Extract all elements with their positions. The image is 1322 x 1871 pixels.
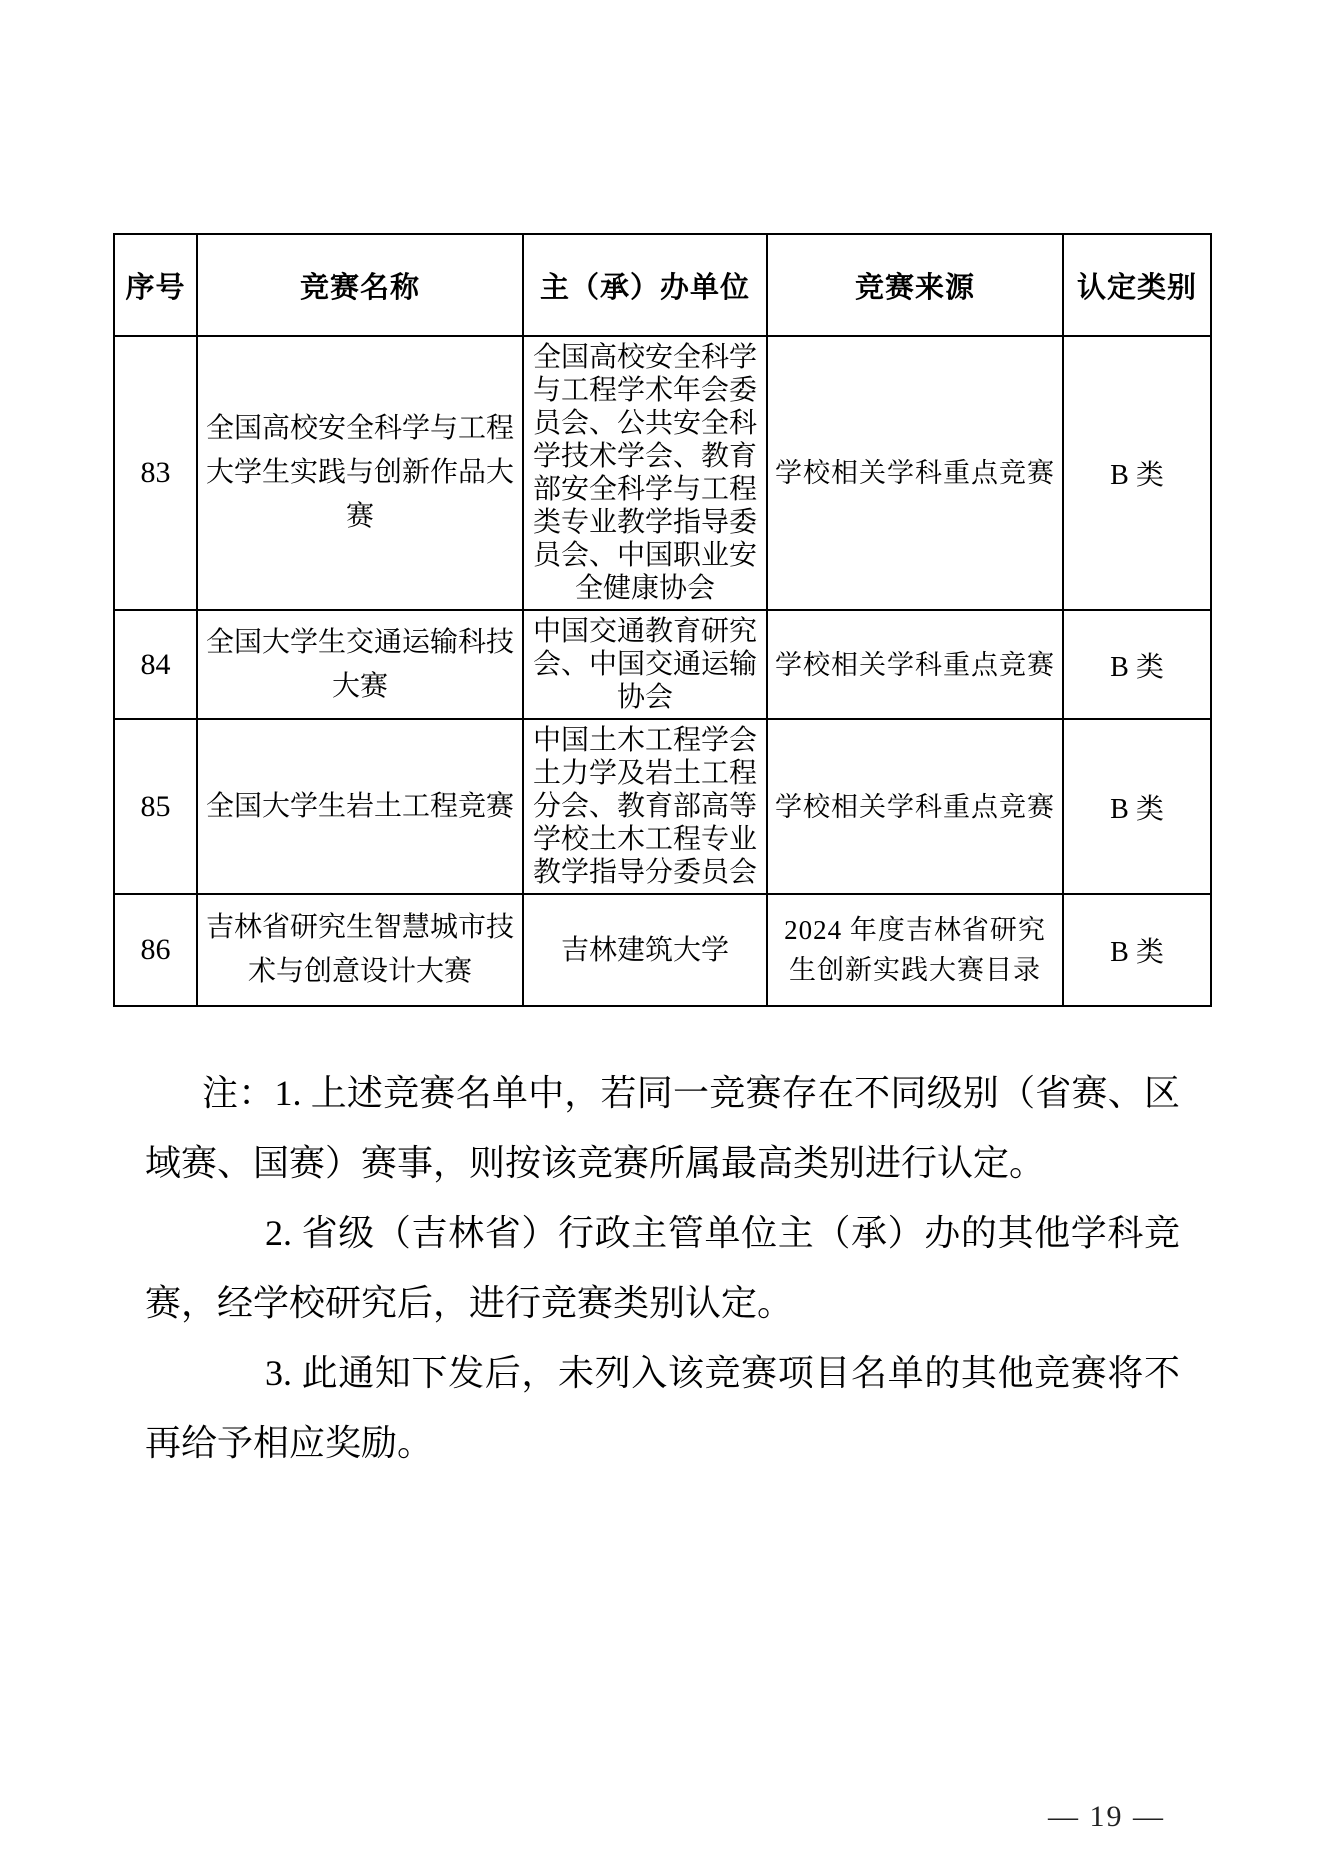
note-1: 注：1. 上述竞赛名单中，若同一竞赛存在不同级别（省赛、区域赛、国赛）赛事，则按…: [145, 1058, 1180, 1198]
table-row: 84 全国大学生交通运输科技大赛 中国交通教育研究会、中国交通运输协会 学校相关…: [114, 610, 1211, 719]
cell-source: 学校相关学科重点竞赛: [767, 719, 1063, 894]
notes-section: 注：1. 上述竞赛名单中，若同一竞赛存在不同级别（省赛、区域赛、国赛）赛事，则按…: [145, 1058, 1180, 1478]
header-organizer: 主（承）办单位: [523, 234, 767, 336]
cell-no: 86: [114, 894, 197, 1006]
cell-name: 全国大学生交通运输科技大赛: [197, 610, 523, 719]
cell-category: B 类: [1063, 336, 1211, 610]
cell-source: 学校相关学科重点竞赛: [767, 336, 1063, 610]
note-3: 3. 此通知下发后，未列入该竞赛项目名单的其他竞赛将不再给予相应奖励。: [145, 1338, 1180, 1478]
cell-organizer: 全国高校安全科学与工程学术年会委员会、公共安全科学技术学会、教育部安全科学与工程…: [523, 336, 767, 610]
table-row: 86 吉林省研究生智慧城市技术与创意设计大赛 吉林建筑大学 2024 年度吉林省…: [114, 894, 1211, 1006]
cell-name: 全国大学生岩土工程竞赛: [197, 719, 523, 894]
cell-name: 吉林省研究生智慧城市技术与创意设计大赛: [197, 894, 523, 1006]
cell-source: 2024 年度吉林省研究生创新实践大赛目录: [767, 894, 1063, 1006]
cell-category: B 类: [1063, 610, 1211, 719]
cell-no: 84: [114, 610, 197, 719]
cell-organizer: 中国土木工程学会土力学及岩土工程分会、教育部高等学校土木工程专业教学指导分委员会: [523, 719, 767, 894]
cell-name: 全国高校安全科学与工程大学生实践与创新作品大赛: [197, 336, 523, 610]
header-category: 认定类别: [1063, 234, 1211, 336]
cell-organizer: 吉林建筑大学: [523, 894, 767, 1006]
cell-organizer: 中国交通教育研究会、中国交通运输协会: [523, 610, 767, 719]
cell-no: 85: [114, 719, 197, 894]
cell-no: 83: [114, 336, 197, 610]
note-2: 2. 省级（吉林省）行政主管单位主（承）办的其他学科竞赛，经学校研究后，进行竞赛…: [145, 1198, 1180, 1338]
header-no: 序号: [114, 234, 197, 336]
document-page: 序号 竞赛名称 主（承）办单位 竞赛来源 认定类别 83 全国高校安全科学与工程…: [0, 0, 1322, 1871]
table-header-row: 序号 竞赛名称 主（承）办单位 竞赛来源 认定类别: [114, 234, 1211, 336]
header-name: 竞赛名称: [197, 234, 523, 336]
table-row: 83 全国高校安全科学与工程大学生实践与创新作品大赛 全国高校安全科学与工程学术…: [114, 336, 1211, 610]
cell-source: 学校相关学科重点竞赛: [767, 610, 1063, 719]
competition-table: 序号 竞赛名称 主（承）办单位 竞赛来源 认定类别 83 全国高校安全科学与工程…: [113, 233, 1212, 1007]
cell-category: B 类: [1063, 719, 1211, 894]
header-source: 竞赛来源: [767, 234, 1063, 336]
table-row: 85 全国大学生岩土工程竞赛 中国土木工程学会土力学及岩土工程分会、教育部高等学…: [114, 719, 1211, 894]
cell-category: B 类: [1063, 894, 1211, 1006]
page-number: — 19 —: [1048, 1800, 1165, 1834]
